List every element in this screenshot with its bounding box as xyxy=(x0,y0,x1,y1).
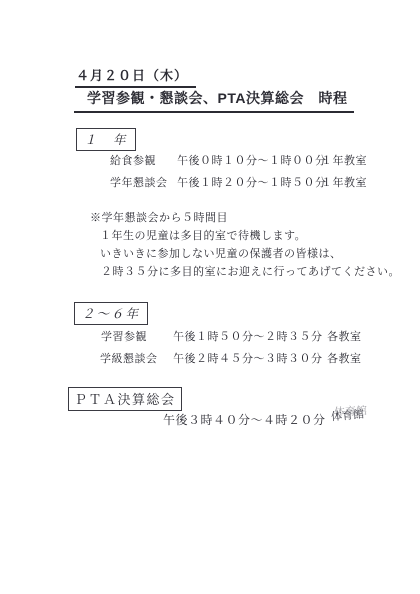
grade1-row2-label: 学年懇談会 xyxy=(110,174,168,190)
grades2to6-row2-time: 午後２時４５分～３時３０分 xyxy=(173,350,323,366)
grades2to6-row1-label: 学習参観 xyxy=(101,328,147,344)
grade1-row2-place: １年教室 xyxy=(321,174,367,190)
date-heading: ４月２０日（木） xyxy=(75,65,196,88)
section-pta-heading: ＰＴＡ決算総会 xyxy=(74,392,176,407)
grades2to6-row2-place: 各教室 xyxy=(327,350,362,366)
grade1-row1-label: 給食参観 xyxy=(110,152,156,168)
page-title: 学習参観・懇談会、PTA決算総会 時程 xyxy=(74,88,347,108)
grades2to6-row1-place: 各教室 xyxy=(327,328,362,344)
grades2to6-row2-label: 学級懇談会 xyxy=(100,350,158,366)
grade1-row1-time: 午後０時１０分～１時００分 xyxy=(177,152,327,168)
grade1-row1-place: １年教室 xyxy=(321,152,367,168)
title-underline: 学習参観・懇談会、PTA決算総会 時程 xyxy=(74,88,354,113)
section-grade1-heading: １ 年 xyxy=(84,133,128,147)
pta-place-label: 体育館 xyxy=(330,406,364,425)
grades2to6-row1-time: 午後１時５０分～２時３５分 xyxy=(173,328,323,344)
section-grades2to6-heading-box: ２～６年 xyxy=(74,302,148,325)
note-line-4: ２時３５分に多目的室にお迎えに行ってあげてください。 xyxy=(101,263,400,279)
pta-time: 午後３時４０分～４時２０分 xyxy=(163,411,326,428)
grade1-row2-time: 午後１時２０分～１時５０分 xyxy=(177,174,327,190)
section-pta-heading-box: ＰＴＡ決算総会 xyxy=(68,387,182,411)
document-page: ４月２０日（木） 学習参観・懇談会、PTA決算総会 時程 １ 年 給食参観 午後… xyxy=(0,0,420,594)
section-grade1-heading-box: １ 年 xyxy=(76,128,136,151)
note-line-1: ※学年懇談会から５時間目 xyxy=(90,209,228,225)
section-grades2to6-heading: ２～６年 xyxy=(82,307,140,321)
note-line-2: １年生の児童は多目的室で待機します。 xyxy=(100,227,306,243)
note-line-3: いきいきに参加しない児童の保護者の皆様は、 xyxy=(100,245,342,261)
pta-place: 体育館 体育館 xyxy=(331,407,364,423)
